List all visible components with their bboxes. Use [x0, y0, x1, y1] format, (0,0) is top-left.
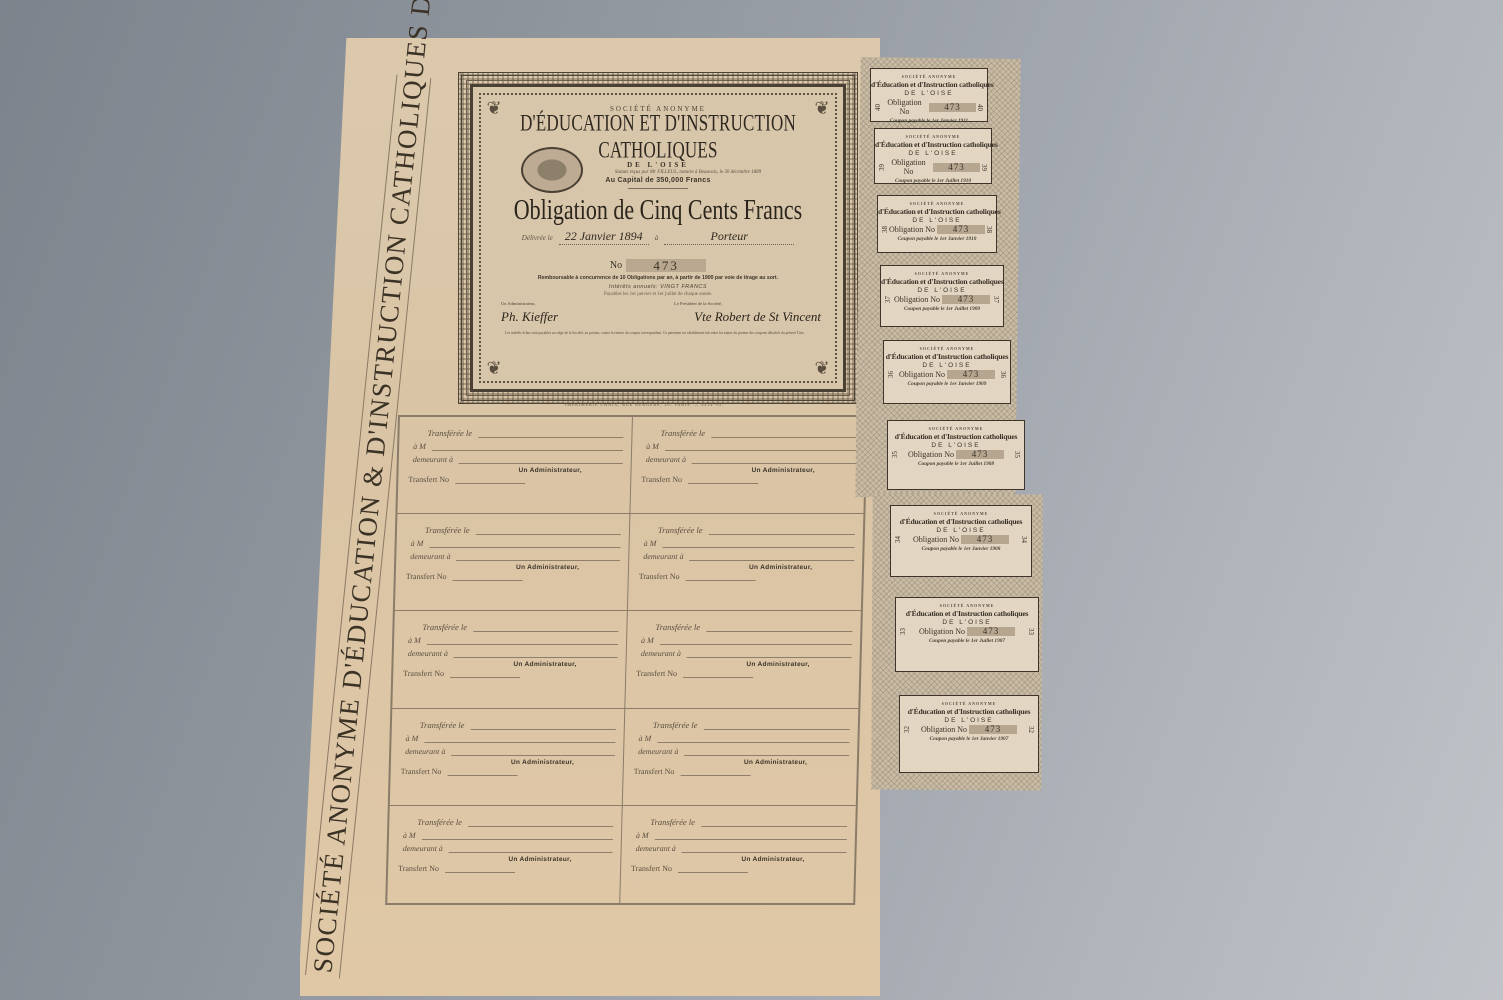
coupon-region: DE L'OISE [888, 442, 1024, 449]
transferee-line: Transférée le [636, 814, 847, 827]
transfer-cell: Transférée le à M demeurant à Un Adminis… [630, 417, 866, 514]
corner-ornament-icon: ❦ [811, 357, 833, 379]
transferee-label: Transférée le [636, 817, 695, 827]
transferee-line: Transférée le [408, 619, 618, 632]
residence-label: demeurant à [638, 747, 678, 756]
annual-interest: Intérêts annuels: VINGT FRANCS [481, 284, 835, 290]
blank-field [445, 865, 515, 873]
transferee-label: Transférée le [403, 817, 462, 827]
blank-field [449, 845, 613, 853]
transfer-number-line: Transfert No [406, 572, 523, 581]
coupon-obligation-value: 473 [961, 535, 1009, 544]
holder-name: Porteur [664, 229, 794, 245]
transferee-label: Transférée le [413, 428, 472, 438]
coupon-side-number: 36 [999, 371, 1007, 378]
residence-label: demeurant à [403, 844, 443, 853]
coupon-side-number: 38 [881, 226, 889, 233]
transfer-number-line: Transfert No [636, 669, 753, 678]
transfer-cell: Transférée le à M demeurant à Un Adminis… [625, 611, 861, 708]
coupon-side-number: 39 [980, 164, 988, 171]
residence-line: demeurant à [643, 548, 854, 561]
coupon-obligation-label: Obligation No [886, 158, 931, 176]
residence-line: demeurant à [646, 451, 857, 464]
blank-field [655, 832, 848, 840]
certificate-body: ❦ ❦ ❦ ❦ SOCIÉTÉ ANONYME D'ÉDUCATION ET D… [479, 93, 837, 383]
transferee-label: Transférée le [411, 525, 470, 535]
coupon-region: DE L'OISE [900, 717, 1038, 724]
blank-field [429, 540, 621, 548]
coupon-payable-date: Coupon payable le 1er Juillet 1908 [888, 461, 1024, 467]
residence-line: demeurant à [638, 743, 849, 756]
coupon-side-number: 40 [976, 104, 984, 111]
blank-field [456, 553, 620, 561]
recipient-line: à M [644, 535, 855, 548]
blank-field [452, 573, 522, 581]
residence-line: demeurant à [403, 840, 613, 853]
blank-field [680, 768, 750, 776]
coupon-obligation: Obligation No473 [899, 370, 995, 379]
coupon-region: DE L'OISE [884, 362, 1010, 369]
coupon-obligation-value: 473 [937, 225, 985, 234]
company-title: D'ÉDUCATION ET D'INSTRUCTION CATHOLIQUES [481, 110, 835, 164]
coupon-obligation-label: Obligation No [908, 450, 954, 459]
coupon-36[interactable]: SOCIÉTÉ ANONYME d'Éducation et d'Instruc… [883, 340, 1011, 404]
blank-field [683, 670, 753, 678]
coupon-title: d'Éducation et d'Instruction catholiques [884, 352, 1010, 361]
transfer-number-label: Transfert No [631, 864, 672, 873]
coupon-side-number: 34 [1020, 536, 1028, 543]
coupon-societe: SOCIÉTÉ ANONYME [871, 74, 987, 79]
administrator-label: Un Administrateur, [746, 661, 809, 668]
transfer-cell: Transférée le à M demeurant à Un Adminis… [628, 514, 864, 611]
fine-print: Les intérêts échus sont payables au sièg… [481, 325, 835, 336]
coupon-societe: SOCIÉTÉ ANONYME [875, 134, 991, 139]
administrator-label: Un Administrateur, [749, 564, 812, 571]
administrator-label: Un Administrateur, [508, 856, 571, 863]
blank-field [660, 637, 853, 645]
residence-label: demeurant à [408, 649, 448, 658]
coupon-number-row: 39 Obligation No473 39 [875, 158, 991, 176]
coupon-obligation-label: Obligation No [899, 370, 945, 379]
residence-line: demeurant à [405, 743, 615, 756]
coupon-number-row: 38 Obligation No473 38 [878, 225, 996, 234]
coupon-33[interactable]: SOCIÉTÉ ANONYME d'Éducation et d'Instruc… [895, 597, 1039, 672]
transferee-line: Transférée le [639, 717, 850, 730]
coupon-societe: SOCIÉTÉ ANONYME [881, 271, 1003, 276]
president-title: Le Président de la Société, [674, 301, 821, 306]
coupon-region: DE L'OISE [871, 90, 987, 97]
coupon-region: DE L'OISE [896, 619, 1038, 626]
blank-field [447, 768, 517, 776]
coupon-obligation-value: 473 [956, 450, 1004, 459]
blank-field [662, 540, 855, 548]
coupon-obligation-label: Obligation No [894, 295, 940, 304]
transfer-number-line: Transfert No [631, 864, 748, 873]
coupon-title: d'Éducation et d'Instruction catholiques [900, 707, 1038, 716]
transferee-label: Transférée le [646, 428, 705, 438]
coupon-payable-date: Coupon payable le 1er Juillet 1907 [896, 638, 1038, 644]
residence-label: demeurant à [641, 649, 681, 658]
coupon-side-number: 40 [874, 104, 882, 111]
coupon-societe: SOCIÉTÉ ANONYME [896, 603, 1038, 608]
number-value: 473 [626, 259, 706, 272]
blank-field [703, 722, 850, 730]
transfer-number-label: Transfert No [639, 572, 680, 581]
transferee-line: Transférée le [641, 619, 852, 632]
coupon-number-row: 34 Obligation No473 34 [891, 535, 1031, 544]
transferee-line: Transférée le [411, 522, 621, 535]
recipient-label: à M [638, 734, 651, 743]
transferee-line: Transférée le [644, 522, 855, 535]
blank-field [432, 443, 624, 451]
coupon-payable-date: Coupon payable le 1er Juillet 1910 [875, 178, 991, 184]
coupon-societe: SOCIÉTÉ ANONYME [878, 201, 996, 206]
coupon-side-number: 38 [985, 226, 993, 233]
recipient-label: à M [644, 539, 657, 548]
recipient-line: à M [646, 438, 857, 451]
coupon-obligation-label: Obligation No [913, 535, 959, 544]
blank-field [687, 650, 852, 658]
coupon-obligation: Obligation No473 [882, 98, 976, 116]
coupon-35[interactable]: SOCIÉTÉ ANONYME d'Éducation et d'Instruc… [887, 420, 1025, 490]
blank-field [701, 819, 848, 827]
transfer-number-label: Transfert No [401, 767, 442, 776]
residence-label: demeurant à [643, 552, 683, 561]
blank-field [665, 443, 858, 451]
recipient-label: à M [641, 636, 654, 645]
coupon-payable-date: Coupon payable le 1er Juillet 1909 [881, 306, 1003, 312]
transfer-number-label: Transfert No [634, 767, 675, 776]
blank-field [711, 430, 858, 438]
coupon-region: DE L'OISE [878, 217, 996, 224]
administrator-label: Un Administrateur, [741, 856, 804, 863]
transfer-number-line: Transfert No [639, 572, 756, 581]
coupon-38[interactable]: SOCIÉTÉ ANONYME d'Éducation et d'Instruc… [877, 195, 997, 253]
recipient-label: à M [411, 539, 424, 548]
transfer-grid: Transférée le à M demeurant à Un Adminis… [385, 415, 868, 905]
coupon-obligation: Obligation No473 [889, 225, 985, 234]
recipient-label: à M [636, 831, 649, 840]
coupon-title: d'Éducation et d'Instruction catholiques [875, 140, 991, 149]
coupon-title: d'Éducation et d'Instruction catholiques [881, 277, 1003, 286]
president-signature: Vte Robert de St Vincent [674, 309, 821, 325]
blank-field [451, 748, 615, 756]
coupon-number-row: 35 Obligation No473 35 [888, 450, 1024, 459]
coupon-societe: SOCIÉTÉ ANONYME [888, 426, 1024, 431]
transfer-cell: Transférée le à M demeurant à Un Adminis… [623, 709, 859, 806]
coupon-obligation-value: 473 [947, 370, 995, 379]
delivery-date: 22 Janvier 1894 [559, 229, 649, 245]
transfer-number-line: Transfert No [403, 669, 520, 678]
transfer-cell: Transférée le à M demeurant à Un Adminis… [620, 806, 856, 903]
coupon-34[interactable]: SOCIÉTÉ ANONYME d'Éducation et d'Instruc… [890, 505, 1032, 577]
administrator-title: Un Administrateur, [501, 301, 558, 306]
coupon-societe: SOCIÉTÉ ANONYME [891, 511, 1031, 516]
coupon-obligation-label: Obligation No [889, 225, 935, 234]
coupon-region: DE L'OISE [881, 287, 1003, 294]
transfer-number-label: Transfert No [641, 475, 682, 484]
coupon-obligation: Obligation No473 [921, 725, 1017, 734]
blank-field [468, 819, 614, 827]
administrator-label: Un Administrateur, [516, 564, 579, 571]
blank-field [706, 624, 853, 632]
coupon-side-number: 35 [1013, 451, 1021, 458]
coupon-payable-date: Coupon payable le 1er Janvier 1908 [891, 546, 1031, 552]
number-label: No [610, 260, 622, 271]
recipient-line: à M [405, 730, 615, 743]
blank-field [478, 430, 624, 438]
transferee-line: Transférée le [406, 717, 616, 730]
recipient-line: à M [641, 632, 852, 645]
transfer-cell: Transférée le à M demeurant à Un Adminis… [390, 709, 626, 806]
blank-field [678, 865, 748, 873]
transfer-number-line: Transfert No [641, 475, 758, 484]
coupon-side-number: 34 [894, 536, 902, 543]
transferee-line: Transférée le [646, 425, 857, 438]
blank-field [475, 527, 621, 535]
delivered-prefix: Délivrée le [522, 234, 553, 242]
coupon-number-row: 36 Obligation No473 36 [884, 370, 1010, 379]
transfer-number-label: Transfert No [408, 475, 449, 484]
coupon-payable-date: Coupon payable le 1er Janvier 1911 [871, 118, 987, 124]
blank-field [657, 735, 850, 743]
coupon-payable-date: Coupon payable le 1er Janvier 1907 [900, 736, 1038, 742]
coupon-number-row: 33 Obligation No473 33 [896, 627, 1038, 636]
redemption-terms: Remboursable à concurrence de 10 Obligat… [481, 275, 835, 281]
coupon-39[interactable]: SOCIÉTÉ ANONYME d'Éducation et d'Instruc… [874, 128, 992, 184]
blank-field [422, 832, 614, 840]
obligation-title: Obligation de Cinq Cents Francs [481, 193, 835, 227]
blank-field [473, 624, 619, 632]
administrator-signature: Ph. Kieffer [501, 309, 558, 325]
recipient-line: à M [413, 438, 623, 451]
residence-label: demeurant à [410, 552, 450, 561]
coupon-number-row: 37 Obligation No473 37 [881, 295, 1003, 304]
coupon-obligation: Obligation No473 [913, 535, 1009, 544]
recipient-label: à M [403, 831, 416, 840]
coupon-region: DE L'OISE [875, 150, 991, 157]
coupon-payable-date: Coupon payable le 1er Janvier 1909 [884, 381, 1010, 387]
coupon-obligation: Obligation No473 [886, 158, 980, 176]
coupon-37[interactable]: SOCIÉTÉ ANONYME d'Éducation et d'Instruc… [880, 265, 1004, 327]
recipient-label: à M [405, 734, 418, 743]
administrator-label: Un Administrateur, [744, 759, 807, 766]
coupon-obligation-label: Obligation No [882, 98, 927, 116]
blank-field [688, 476, 758, 484]
transfer-cell: Transférée le à M demeurant à Un Adminis… [397, 417, 633, 514]
blank-field [692, 456, 857, 464]
coupon-title: d'Éducation et d'Instruction catholiques [888, 432, 1024, 441]
residence-line: demeurant à [641, 645, 852, 658]
delivered-to-prefix: à [655, 234, 659, 242]
blank-field [470, 722, 616, 730]
transfer-number-label: Transfert No [403, 669, 444, 678]
coupon-obligation: Obligation No473 [894, 295, 990, 304]
coupon-obligation-value: 473 [967, 627, 1015, 636]
transfer-cell: Transférée le à M demeurant à Un Adminis… [392, 611, 628, 708]
transfer-number-line: Transfert No [408, 475, 525, 484]
blank-field [450, 670, 520, 678]
transferee-label: Transférée le [408, 622, 467, 632]
transfer-number-label: Transfert No [636, 669, 677, 678]
coupon-side-number: 36 [887, 371, 895, 378]
residence-label: demeurant à [405, 747, 445, 756]
transfer-number-label: Transfert No [406, 572, 447, 581]
transfer-number-label: Transfert No [398, 864, 439, 873]
signatures: Un Administrateur, Ph. Kieffer Le Présid… [481, 297, 835, 325]
transfer-number-line: Transfert No [398, 864, 515, 873]
coupon-title: d'Éducation et d'Instruction catholiques [878, 207, 996, 216]
transferee-label: Transférée le [639, 720, 698, 730]
blank-field [685, 573, 755, 581]
corner-ornament-icon: ❦ [483, 357, 505, 379]
coupon-obligation: Obligation No473 [919, 627, 1015, 636]
blank-field [454, 650, 618, 658]
residence-label: demeurant à [646, 455, 686, 464]
coupon-title: d'Éducation et d'Instruction catholiques [891, 517, 1031, 526]
residence-line: demeurant à [410, 548, 620, 561]
coupon-title: d'Éducation et d'Instruction catholiques [896, 609, 1038, 618]
coupon-title: d'Éducation et d'Instruction catholiques [871, 80, 987, 89]
coupon-obligation-value: 473 [929, 103, 976, 112]
residence-label: demeurant à [413, 455, 453, 464]
printer-imprint: IMPRIMERIE CHAIX, RUE BERGÈRE, 20, PARIS… [565, 402, 724, 407]
coupon-obligation-value: 473 [942, 295, 990, 304]
blank-field [689, 553, 854, 561]
blank-field [459, 456, 623, 464]
coupon-societe: SOCIÉTÉ ANONYME [884, 346, 1010, 351]
coupon-side-number: 33 [1027, 628, 1035, 635]
transferee-line: Transférée le [413, 425, 623, 438]
residence-label: demeurant à [636, 844, 676, 853]
certificate-frame: ❦ ❦ ❦ ❦ SOCIÉTÉ ANONYME D'ÉDUCATION ET D… [458, 72, 858, 404]
coupon-obligation-label: Obligation No [919, 627, 965, 636]
administrator-label: Un Administrateur, [511, 759, 574, 766]
coupon-payable-date: Coupon payable le 1er Janvier 1910 [878, 236, 996, 242]
coupon-40[interactable]: SOCIÉTÉ ANONYME d'Éducation et d'Instruc… [870, 68, 988, 122]
coupon-side-number: 32 [903, 726, 911, 733]
signature-president: Le Président de la Société, Vte Robert d… [674, 301, 821, 325]
signature-administrator: Un Administrateur, Ph. Kieffer [501, 301, 558, 325]
recipient-label: à M [413, 442, 426, 451]
transferee-label: Transférée le [641, 622, 700, 632]
recipient-label: à M [646, 442, 659, 451]
recipient-line: à M [403, 827, 613, 840]
frame-border: ❦ ❦ ❦ ❦ SOCIÉTÉ ANONYME D'ÉDUCATION ET D… [470, 84, 846, 392]
blank-field [455, 476, 525, 484]
blank-field [682, 845, 847, 853]
residence-line: demeurant à [408, 645, 618, 658]
coupon-side-number: 33 [899, 628, 907, 635]
recipient-line: à M [411, 535, 621, 548]
coupon-region: DE L'OISE [891, 527, 1031, 534]
transferee-line: Transférée le [403, 814, 613, 827]
administrator-label: Un Administrateur, [751, 467, 814, 474]
residence-line: demeurant à [636, 840, 847, 853]
coupon-side-number: 39 [878, 164, 886, 171]
transferee-label: Transférée le [406, 720, 465, 730]
transfer-number-line: Transfert No [634, 767, 751, 776]
coupon-obligation: Obligation No473 [908, 450, 1004, 459]
blank-field [427, 637, 619, 645]
residence-line: demeurant à [413, 451, 623, 464]
transfer-number-line: Transfert No [401, 767, 518, 776]
coupon-side-number: 32 [1027, 726, 1035, 733]
coupon-number-row: 40 Obligation No473 40 [871, 98, 987, 116]
certificate-number: No 473 [481, 259, 835, 272]
recipient-line: à M [638, 730, 849, 743]
coupon-obligation-label: Obligation No [921, 725, 967, 734]
transfer-cell: Transférée le à M demeurant à Un Adminis… [395, 514, 631, 611]
divider [628, 188, 688, 189]
transfer-cell: Transférée le à M demeurant à Un Adminis… [387, 806, 623, 903]
delivery-line: Délivrée le 22 Janvier 1894 à Porteur [481, 229, 835, 245]
transferee-label: Transférée le [644, 525, 703, 535]
recipient-label: à M [408, 636, 421, 645]
recipient-line: à M [636, 827, 847, 840]
blank-field [424, 735, 616, 743]
coupon-obligation-value: 473 [969, 725, 1017, 734]
coupon-obligation-value: 473 [933, 163, 980, 172]
administrator-label: Un Administrateur, [518, 467, 581, 474]
blank-field [684, 748, 849, 756]
coupon-side-number: 37 [992, 296, 1000, 303]
blank-field [708, 527, 855, 535]
coupon-side-number: 35 [891, 451, 899, 458]
coupon-side-number: 37 [884, 296, 892, 303]
recipient-line: à M [408, 632, 618, 645]
coupon-32[interactable]: SOCIÉTÉ ANONYME d'Éducation et d'Instruc… [899, 695, 1039, 773]
coupon-number-row: 32 Obligation No473 32 [900, 725, 1038, 734]
administrator-label: Un Administrateur, [513, 661, 576, 668]
coupon-societe: SOCIÉTÉ ANONYME [900, 701, 1038, 706]
